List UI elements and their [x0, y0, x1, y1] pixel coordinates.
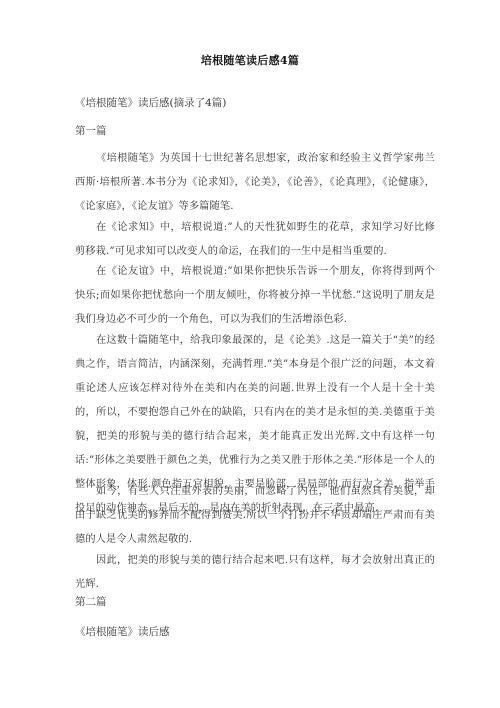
section-heading-2: 第二篇 [75, 595, 107, 609]
document-page: 培根随笔读后感4篇 《培根随笔》读后感(摘录了4篇) 第一篇 《培根随笔》为英国… [0, 0, 500, 708]
document-title: 培根随笔读后感4篇 [0, 52, 500, 68]
paragraph: 《培根随笔》为英国十七世纪著名思想家，政治家和经验主义哲学家弗兰西斯·培根所著.… [75, 147, 435, 219]
paragraph: 在《论求知》中，培根说道:”人的天性犹如野生的花草，求知学习好比修剪移栽.”可见… [75, 216, 435, 264]
paragraph: 《培根随笔》读后感 [75, 625, 170, 639]
document-subtitle: 《培根随笔》读后感(摘录了4篇) [75, 96, 226, 110]
paragraph: 因此，把美的形貌与美的德行结合起来吧.只有这样，每才会放射出真正的光辉. [75, 549, 435, 597]
section-heading-1: 第一篇 [75, 124, 107, 138]
paragraph: 在《论友谊》中，培根说道:”如果你把快乐告诉一个朋友，你将得到两个快乐;而如果你… [75, 260, 435, 332]
paragraph: 如今，有些人只注重外表的美丽，而忽略了内在，他们虽然具有美貌，却由于缺乏优美的修… [75, 480, 435, 552]
